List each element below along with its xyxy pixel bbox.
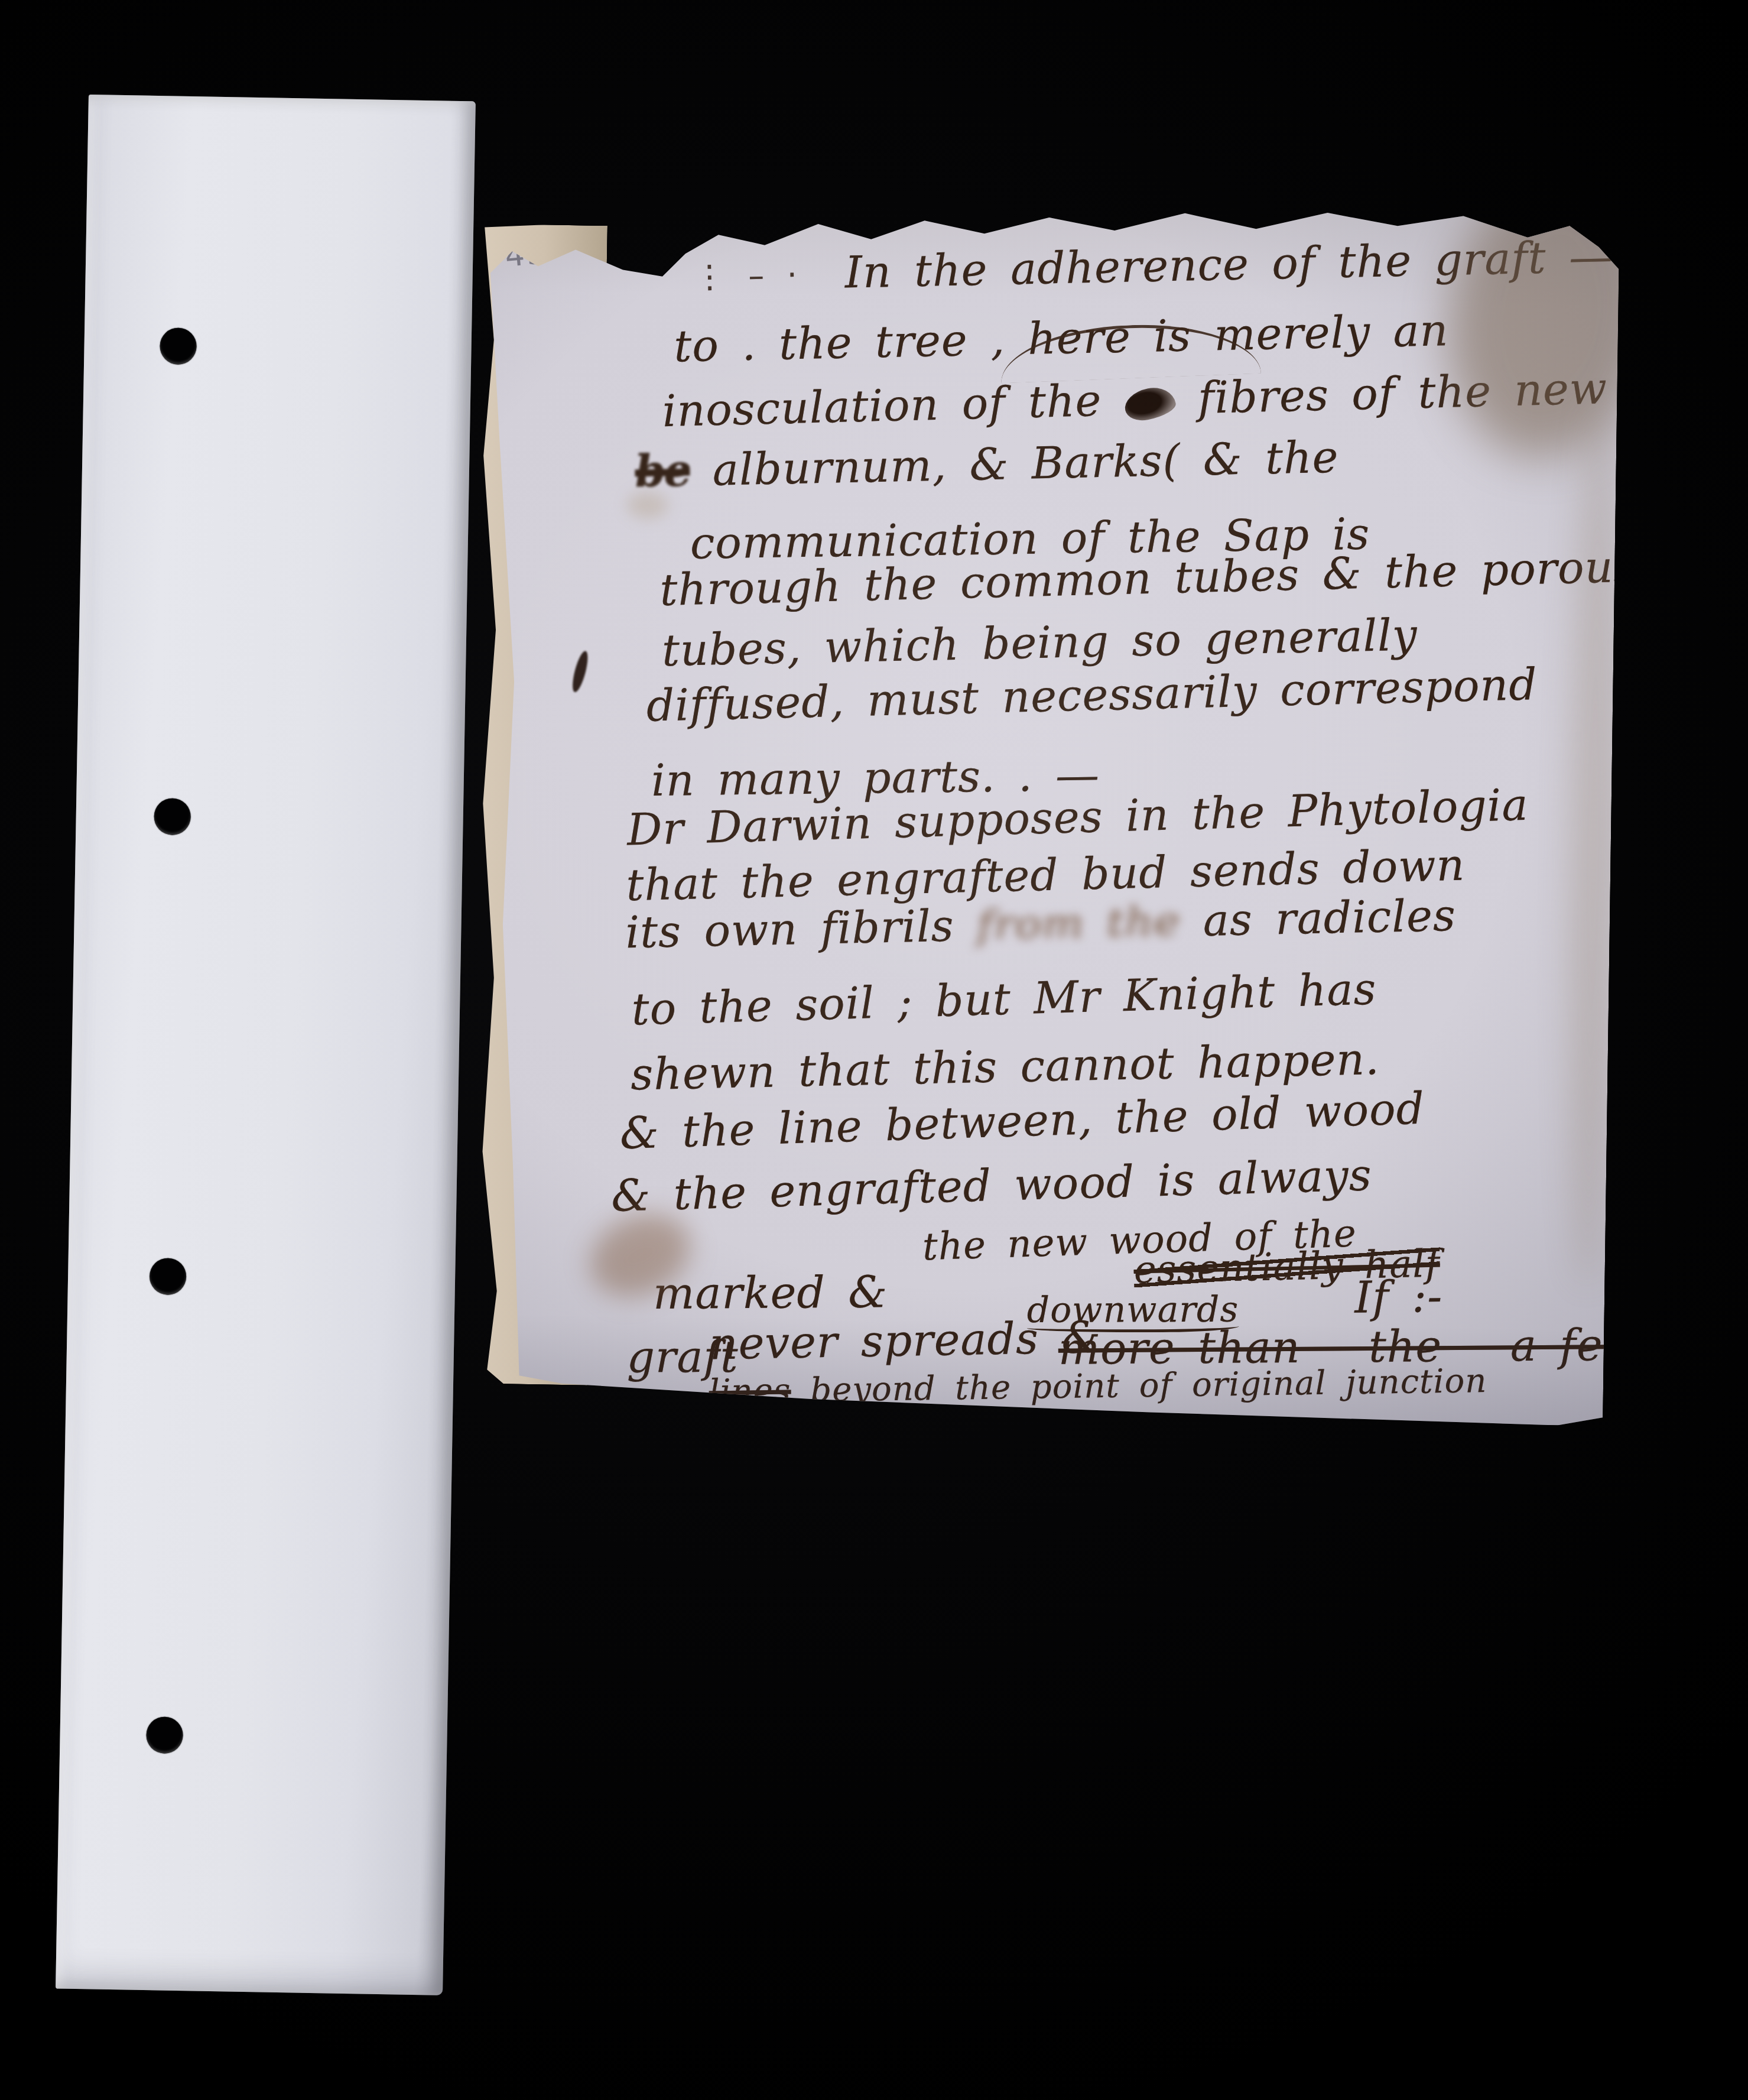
- manuscript-line: tubes, which being so generally: [661, 613, 1418, 673]
- punch-holes: [89, 95, 476, 101]
- manuscript-text: ⋮ – · In the adherence of the graft —to …: [488, 195, 1620, 211]
- manuscript-line: to the soil ; but Mr Knight has: [631, 967, 1377, 1031]
- right-edge-toning: [1565, 400, 1622, 1287]
- manuscript-line: If :-: [1354, 1275, 1443, 1320]
- manuscript-words: its own fibrils: [625, 904, 977, 955]
- filing-strip: [56, 95, 476, 1995]
- manuscript-line: be alburnum, & Barks( & the: [635, 436, 1339, 494]
- manuscript-words: to the soil ; but Mr Knight has: [631, 967, 1377, 1031]
- faint-spot: [626, 491, 668, 519]
- manuscript-words: marked &: [653, 1270, 888, 1316]
- manuscript-words: beyond the point of original junction: [791, 1365, 1487, 1407]
- stains-layer: [488, 195, 1620, 211]
- manuscript-words: tubes, which being so generally: [661, 613, 1418, 673]
- punch-hole: [154, 798, 191, 835]
- smudged-words: from the: [976, 901, 1181, 946]
- punch-hole: [160, 327, 197, 365]
- struck-words: lines: [709, 1374, 791, 1408]
- manuscript-words: as radicles: [1180, 894, 1456, 943]
- manuscript-words: inosculation of the: [662, 378, 1125, 433]
- punch-hole: [150, 1258, 187, 1295]
- manuscript-words: & the engrafted wood is always: [610, 1153, 1372, 1218]
- ink-blot: [1122, 384, 1178, 424]
- scribbled-word: be: [635, 449, 690, 494]
- paragraph-marks: ⋮ – ·: [694, 259, 800, 293]
- corner-toning: [1429, 161, 1671, 472]
- manuscript-words: If :-: [1354, 1275, 1443, 1320]
- punch-hole: [146, 1716, 183, 1754]
- manuscript-line: lines beyond the point of original junct…: [709, 1365, 1487, 1408]
- manuscript-page: 43 ⋮ – · In the adherence of the graft —…: [471, 195, 1620, 1426]
- photo-frame: 43 ⋮ – · In the adherence of the graft —…: [0, 0, 1748, 2100]
- ink-dash: [570, 650, 591, 693]
- manuscript-line: marked &: [653, 1270, 888, 1316]
- manuscript-words: alburnum, & Barks( & the: [690, 436, 1340, 493]
- manuscript-line: & the engrafted wood is always: [610, 1153, 1372, 1218]
